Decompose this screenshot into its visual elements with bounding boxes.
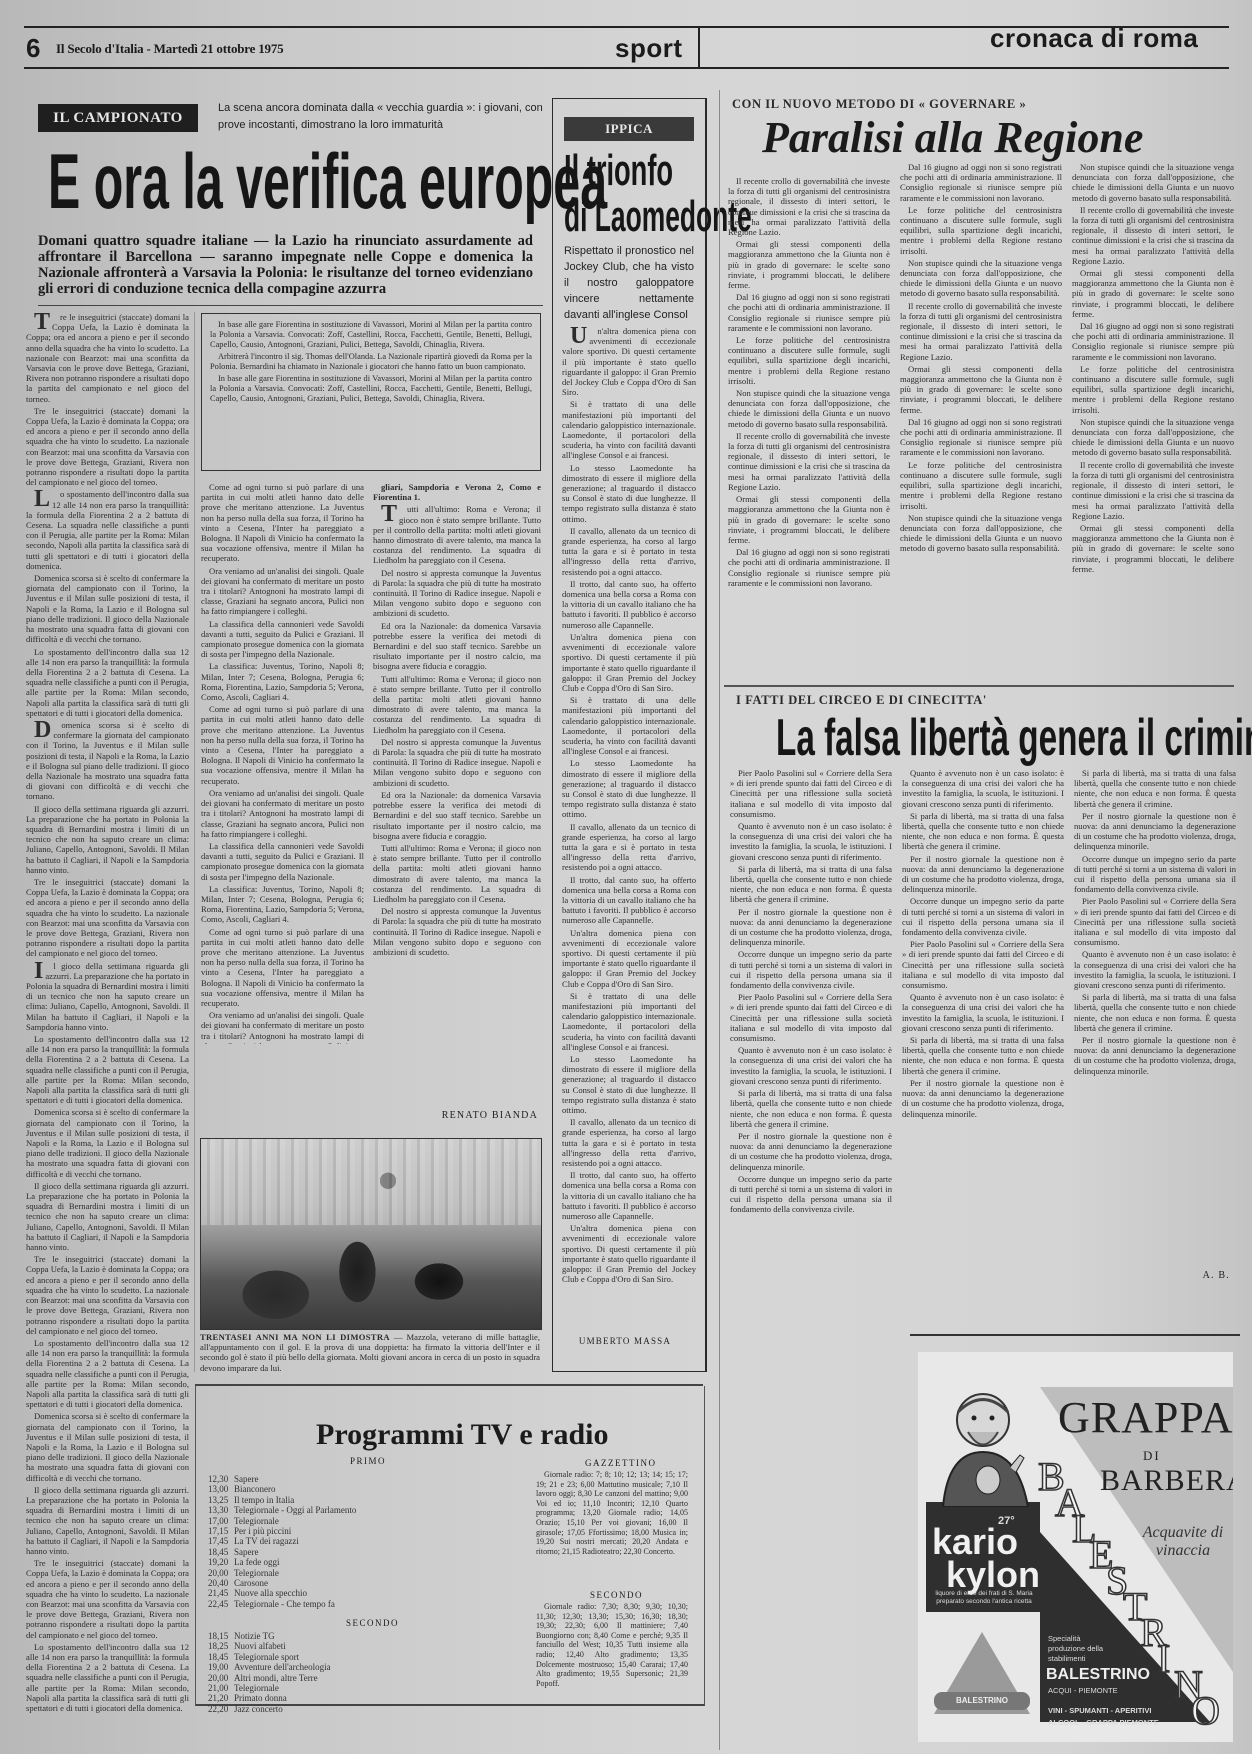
tv-program-title: Per i più piccini <box>234 1526 291 1536</box>
paragraph: Ora veniamo ad un'analisi dei singoli. Q… <box>201 566 364 617</box>
ad-footer-line-2: ALCOOL - GRAPPA PIEMONTE <box>1048 1718 1159 1728</box>
newspaper-page: 6 Il Secolo d'Italia - Martedì 21 ottobr… <box>0 0 1252 1754</box>
kicker-note: La scena ancora dominata dalla « vecchia… <box>218 100 548 134</box>
paragraph: Quanto è avvenuto non è un caso isolato:… <box>902 768 1064 809</box>
paragraph: Ormai gli stessi componenti della maggio… <box>1072 523 1234 574</box>
paragraph: Si parla di libertà, ma si tratta di una… <box>1074 768 1236 809</box>
paragraph: Ed ora la Nazionale: da domenica Varsavi… <box>373 621 541 672</box>
ad-brand-grappa: GRAPPA <box>1058 1392 1233 1443</box>
paragraph: Si parla di libertà, ma si tratta di una… <box>902 1035 1064 1076</box>
paragraph: Pier Paolo Pasolini sul « Corriere della… <box>730 992 892 1043</box>
paragraph: Non stupisce quindi che la situazione ve… <box>728 388 890 429</box>
paragraph: Si parla di libertà, ma si tratta di una… <box>902 811 1064 852</box>
tv-program-title: La fede oggi <box>234 1557 279 1567</box>
overline-circeo: I FATTI DEL CIRCEO E DI CINECITTA' <box>736 693 987 708</box>
tv-program-row: 13,00Bianconero <box>208 1484 438 1494</box>
paragraph: Si è trattato di una delle manifestazion… <box>562 991 696 1052</box>
radio-secondo: Giornale radio: 7,30; 8,30; 9,30; 10,30;… <box>536 1602 688 1698</box>
boxed-note: In base alle gare Fiorentina in sostituz… <box>201 313 541 471</box>
paragraph: Per il nostro giornale la questione non … <box>902 1078 1064 1119</box>
tv-program-time: 13,25 <box>208 1495 234 1505</box>
paragraph: Tre le inseguitrici (staccate) domani la… <box>26 877 189 959</box>
paragraph: Si è trattato di una delle manifestazion… <box>562 695 696 756</box>
kicker-campionato: IL CAMPIONATO <box>38 104 198 132</box>
article-column-3: gliari, Sampdoria e Verona 2, Como e Fio… <box>373 482 541 1025</box>
tv-program-row: 19,00Avventure dell'archeologia <box>208 1662 438 1672</box>
tv-primo-label: PRIMO <box>350 1456 386 1466</box>
tv-secondo-list: 18,15Notizie TG18,25Nuovi alfabeti18,45T… <box>208 1631 438 1714</box>
tv-program-title: Sapere <box>234 1474 259 1484</box>
tv-program-title: Jazz concerto <box>234 1704 283 1714</box>
paragraph: Dal 16 giugno ad oggi non si sono regist… <box>1072 321 1234 362</box>
headline-laomedonte: di Laomedonte <box>564 194 752 240</box>
paragraph: Per il nostro giornale la questione non … <box>1074 811 1236 852</box>
tv-program-time: 12,30 <box>208 1474 234 1484</box>
paragraph: Il gioco della settimana riguarda gli az… <box>26 804 189 875</box>
grappa-advertisement: GRAPPA DI BARBERA Acquavite di vinaccia … <box>918 1352 1233 1742</box>
byline-renato-bianda: RENATO BIANDA <box>373 1110 538 1121</box>
paragraph: gliari, Sampdoria e Verona 2, Como e Fio… <box>373 482 541 502</box>
paragraph: Lo stesso Laomedonte ha dimostrato di es… <box>562 758 696 819</box>
section-sport: sport <box>615 33 683 64</box>
headline-trionfo: Il trionfo <box>564 148 673 194</box>
tv-program-time: 13,00 <box>208 1484 234 1494</box>
paragraph: Tre le inseguitrici (staccate) domani la… <box>26 1254 189 1336</box>
tv-program-time: 19,00 <box>208 1662 234 1672</box>
paragraph: Ed ora la Nazionale: da domenica Varsavi… <box>373 790 541 841</box>
paragraph: Per il nostro giornale la questione non … <box>902 854 1064 895</box>
circeo-column-1: Pier Paolo Pasolini sul « Corriere della… <box>730 768 892 1338</box>
tv-program-time: 18,15 <box>208 1631 234 1641</box>
radio-secondo-label: SECONDO <box>590 1590 643 1600</box>
paragraph: Tre le inseguitrici (staccate) domani la… <box>26 406 189 488</box>
radio-gazzettino: Giornale radio: 7; 8; 10; 12; 13; 14; 15… <box>536 1470 688 1586</box>
paragraph: Quanto è avvenuto non è un caso isolato:… <box>1074 949 1236 990</box>
ad-vertical-letter: I <box>1157 1644 1170 1674</box>
column-rule <box>719 90 720 1750</box>
paragraph: Per il nostro giornale la questione non … <box>730 1131 892 1172</box>
paragraph: Il recente crollo di governabilità che i… <box>728 176 890 237</box>
paragraph: Ormai gli stessi componenti della maggio… <box>728 494 890 545</box>
tv-program-title: Telegiornale <box>234 1568 279 1578</box>
paragraph: Ora veniamo ad un'analisi dei singoli. Q… <box>201 1010 364 1044</box>
tv-program-time: 18,25 <box>208 1641 234 1651</box>
tv-program-row: 20,00Altri mondi, altre Terre <box>208 1673 438 1683</box>
paragraph: Dal 16 giugno ad oggi non si sono regist… <box>728 547 890 588</box>
paragraph: Quanto è avvenuto non è un caso isolato:… <box>730 1045 892 1086</box>
tv-program-time: 22,20 <box>208 1704 234 1714</box>
section-cronaca-di-roma: cronaca di roma <box>990 23 1198 54</box>
tv-program-title: Il tempo in Italia <box>234 1495 294 1505</box>
article-column-1: Tre le inseguitrici (staccate) domani la… <box>26 312 189 1752</box>
tv-program-time: 13,30 <box>208 1505 234 1515</box>
tv-program-title: Carosone <box>234 1578 268 1588</box>
paragraph: Il recente crollo di governabilità che i… <box>1072 205 1234 266</box>
paragraph: Tre le inseguitrici (staccate) domani la… <box>26 1558 189 1640</box>
tv-title: Programmi TV e radio <box>316 1418 608 1452</box>
column-rule <box>194 312 195 1372</box>
ippica-summary: Rispettato il pronostico nel Jockey Club… <box>564 243 694 323</box>
paragraph: Il recente crollo di governabilità che i… <box>728 431 890 492</box>
circeo-column-3: Si parla di libertà, ma si tratta di una… <box>1074 768 1236 1260</box>
paragraph: Si parla di libertà, ma si tratta di una… <box>730 1088 892 1129</box>
paragraph: Lo spostamento dell'incontro dalla sua 1… <box>26 1034 189 1105</box>
paragraph: Si parla di libertà, ma si tratta di una… <box>1074 992 1236 1033</box>
paragraph: Tutti all'ultimo: Roma e Verona; il gioc… <box>373 504 541 565</box>
paragraph: La classifica della cannonieri vede Savo… <box>201 619 364 660</box>
paragraph: Il gioco della settimana riguarda gli az… <box>26 1485 189 1556</box>
tv-program-row: 18,45Sapere <box>208 1547 438 1557</box>
regione-column-2: Dal 16 giugno ad oggi non si sono regist… <box>900 162 1062 671</box>
ad-top-rule <box>910 1334 1240 1336</box>
tv-secondo-label: SECONDO <box>346 1618 399 1628</box>
paragraph: Il trotto, dal canto suo, ha offerto dom… <box>562 579 696 630</box>
paragraph: Arbitrerà l'incontro il sig. Thomas dell… <box>210 352 532 372</box>
ad-text-line: Specialità <box>1048 1634 1103 1644</box>
paragraph: Le forze politiche del centrosinistra co… <box>900 460 1062 511</box>
paragraph: Lo stesso Laomedonte ha dimostrato di es… <box>562 463 696 524</box>
photo-stands <box>201 1139 541 1225</box>
paragraph: Un'altra domenica piena con avvenimenti … <box>562 326 696 397</box>
paragraph: Come ad ogni turno si può parlare di una… <box>201 482 364 564</box>
tv-program-time: 20,00 <box>208 1568 234 1578</box>
paragraph: Quanto è avvenuto non è un caso isolato:… <box>730 821 892 862</box>
paragraph: Un'altra domenica piena con avvenimenti … <box>562 1223 696 1284</box>
ad-badge-label: BALESTRINO <box>934 1692 1030 1710</box>
paragraph: Lo spostamento dell'incontro dalla sua 1… <box>26 1338 189 1409</box>
paragraph: Le forze politiche del centrosinistra co… <box>900 205 1062 256</box>
tv-program-title: Telegiornale <box>234 1516 279 1526</box>
tv-program-time: 21,20 <box>208 1693 234 1703</box>
radio-gazzettino-label: GAZZETTINO <box>585 1458 656 1468</box>
tv-program-row: 13,25Il tempo in Italia <box>208 1495 438 1505</box>
header-divider <box>698 28 700 68</box>
tv-program-title: Telegiornale sport <box>234 1652 299 1662</box>
paragraph: Ora veniamo ad un'analisi dei singoli. Q… <box>201 788 364 839</box>
ad-text-line: produzione della <box>1048 1644 1103 1654</box>
paragraph: Del nostro si appresta comunque la Juven… <box>373 906 541 957</box>
paragraph: Il recente crollo di governabilità che i… <box>1072 460 1234 521</box>
paragraph: Del nostro si appresta comunque la Juven… <box>373 737 541 788</box>
tv-program-row: 21,45Nuove alla specchio <box>208 1588 438 1598</box>
tv-program-time: 17,45 <box>208 1536 234 1546</box>
paragraph: Dal 16 giugno ad oggi non si sono regist… <box>900 417 1062 458</box>
tv-program-row: 21,20Primato donna <box>208 1693 438 1703</box>
tv-program-row: 20,40Carosone <box>208 1578 438 1588</box>
regione-column-1: Il recente crollo di governabilità che i… <box>728 176 890 671</box>
paragraph: Ormai gli stessi componenti della maggio… <box>900 364 1062 415</box>
ad-distiller-name: BALESTRINO <box>1046 1666 1150 1684</box>
headline-paralisi-regione: Paralisi alla Regione <box>762 112 1143 163</box>
section-divider <box>724 685 1234 687</box>
paragraph: Tre le inseguitrici (staccate) domani la… <box>26 312 189 404</box>
tv-program-row: 18,25Nuovi alfabeti <box>208 1641 438 1651</box>
paragraph: Pier Paolo Pasolini sul « Corriere della… <box>1074 896 1236 947</box>
headline-verifica-europea: E ora la verifica europea <box>48 142 607 220</box>
ad-vertical-balestrino: BALESTRINO <box>1038 1462 1233 1742</box>
paragraph: Occorre dunque un impegno serio da parte… <box>1074 854 1236 895</box>
tv-program-title: Altri mondi, altre Terre <box>234 1673 318 1683</box>
photo-football-match <box>200 1138 542 1330</box>
paragraph: Non stupisce quindi che la situazione ve… <box>900 258 1062 299</box>
paragraph: Si è trattato di una delle manifestazion… <box>562 399 696 460</box>
paragraph: Non stupisce quindi che la situazione ve… <box>900 513 1062 554</box>
tv-program-row: 22,20Jazz concerto <box>208 1704 438 1714</box>
tv-program-row: 21,00Telegiornale <box>208 1683 438 1693</box>
tv-program-row: 17,45La TV dei ragazzi <box>208 1536 438 1546</box>
paragraph: Non stupisce quindi che la situazione ve… <box>1072 417 1234 458</box>
tv-program-row: 18,45Telegiornale sport <box>208 1652 438 1662</box>
paragraph: Le forze politiche del centrosinistra co… <box>728 335 890 386</box>
paragraph: Lo spostamento dell'incontro dalla sua 1… <box>26 489 189 571</box>
paragraph: La classifica della cannonieri vede Savo… <box>201 841 364 882</box>
tv-program-title: Telegiornale <box>234 1683 279 1693</box>
tv-program-title: Sapere <box>234 1547 259 1557</box>
tv-program-title: Nuovi alfabeti <box>234 1641 286 1651</box>
paragraph: In base alle gare Fiorentina in sostituz… <box>210 374 532 404</box>
tv-program-row: 20,00Telegiornale <box>208 1568 438 1578</box>
overline-regione: CON IL NUOVO METODO DI « GOVERNARE » <box>732 97 1026 112</box>
tv-program-title: La TV dei ragazzi <box>234 1536 299 1546</box>
tv-program-title: Bianconero <box>234 1484 275 1494</box>
paragraph: Domenica scorsa si è scelto di confermar… <box>26 1107 189 1178</box>
tv-program-row: 12,30Sapere <box>208 1474 438 1484</box>
paragraph: Non stupisce quindi che la situazione ve… <box>1072 162 1234 203</box>
tv-program-time: 21,45 <box>208 1588 234 1598</box>
tv-program-title: Notizie TG <box>234 1631 275 1641</box>
paragraph: Del nostro si appresta comunque la Juven… <box>373 568 541 619</box>
paragraph: Lo stesso Laomedonte ha dimostrato di es… <box>562 1054 696 1115</box>
paragraph: Il trotto, dal canto suo, ha offerto dom… <box>562 1170 696 1221</box>
paragraph: La classifica: Juventus, Torino, Napoli … <box>201 884 364 925</box>
header-bottom-rule <box>24 67 1229 69</box>
paragraph: Dal 16 giugno ad oggi non si sono regist… <box>728 292 890 333</box>
paragraph: Il trotto, dal canto suo, ha offerto dom… <box>562 875 696 926</box>
paragraph: Come ad ogni turno si può parlare di una… <box>201 927 364 1009</box>
tv-program-time: 20,00 <box>208 1673 234 1683</box>
tv-program-time: 21,00 <box>208 1683 234 1693</box>
regione-column-3: Non stupisce quindi che la situazione ve… <box>1072 162 1234 671</box>
paragraph: Tutti all'ultimo: Roma e Verona; il gioc… <box>373 674 541 735</box>
paragraph: Pier Paolo Pasolini sul « Corriere della… <box>730 768 892 819</box>
tv-program-time: 20,40 <box>208 1578 234 1588</box>
tv-program-row: 17,15Per i più piccini <box>208 1526 438 1536</box>
paragraph: Domenica scorsa si è scelto di confermar… <box>26 720 189 802</box>
paragraph: Per il nostro giornale la questione non … <box>1074 1035 1236 1076</box>
paragraph: Un'altra domenica piena con avvenimenti … <box>562 928 696 989</box>
paragraph: Il cavallo, allenato da un tecnico di gr… <box>562 1117 696 1168</box>
paragraph: Il gioco della settimana riguarda gli az… <box>26 1181 189 1252</box>
ad-text-line: stabilimenti <box>1048 1654 1103 1664</box>
tv-program-title: Primato donna <box>234 1693 287 1703</box>
monk-illustration-icon <box>928 1382 1038 1507</box>
tv-program-row: 19,20La fede oggi <box>208 1557 438 1567</box>
tv-program-title: Avventure dell'archeologia <box>234 1662 331 1672</box>
tv-program-time: 18,45 <box>208 1652 234 1662</box>
tv-program-time: 17,00 <box>208 1516 234 1526</box>
paragraph: Pier Paolo Pasolini sul « Corriere della… <box>902 939 1064 990</box>
ad-vertical-letter: O <box>1191 1696 1220 1726</box>
paragraph: Per il nostro giornale la questione non … <box>730 907 892 948</box>
paragraph: Lo spostamento dell'incontro dalla sua 1… <box>26 1642 189 1713</box>
tv-program-title: Telegiornale - Oggi al Parlamento <box>234 1505 356 1515</box>
tv-program-row: 18,15Notizie TG <box>208 1631 438 1641</box>
kicker-ippica: IPPICA <box>564 117 694 141</box>
paragraph: Come ad ogni turno si può parlare di una… <box>201 704 364 786</box>
photo-caption: TRENTASEI ANNI MA NON LI DIMOSTRA — Mazz… <box>200 1332 540 1373</box>
headline-falsa-liberta: La falsa libertà genera il crimine <box>776 712 1252 764</box>
paragraph: Ormai gli stessi componenti della maggio… <box>1072 268 1234 319</box>
paragraph: Il gioco della settimana riguarda gli az… <box>26 961 189 1032</box>
tv-program-row: 22,45Telegiornale - Che tempo fa <box>208 1599 438 1609</box>
ad-kylon: kylon <box>946 1557 1040 1593</box>
paragraph: Giornale radio: 7,30; 8,30; 9,30; 10,30;… <box>536 1602 688 1688</box>
caption-lead: TRENTASEI ANNI MA NON LI DIMOSTRA <box>200 1332 390 1342</box>
paragraph: Il recente crollo di governabilità che i… <box>900 301 1062 362</box>
tv-program-time: 18,45 <box>208 1547 234 1557</box>
paragraph: Si parla di libertà, ma si tratta di una… <box>730 864 892 905</box>
paragraph: Il cavallo, allenato da un tecnico di gr… <box>562 822 696 873</box>
paragraph: Dal 16 giugno ad oggi non si sono regist… <box>900 162 1062 203</box>
tv-program-row: 13,30Telegiornale - Oggi al Parlamento <box>208 1505 438 1515</box>
tv-program-time: 17,15 <box>208 1526 234 1536</box>
paragraph: Domenica scorsa si è scelto di confermar… <box>26 1411 189 1482</box>
tv-program-row: 17,00Telegiornale <box>208 1516 438 1526</box>
paragraph: Il cavallo, allenato da un tecnico di gr… <box>562 526 696 577</box>
tv-program-title: Telegiornale - Che tempo fa <box>234 1599 335 1609</box>
paragraph: Domenica scorsa si è scelto di confermar… <box>26 573 189 644</box>
paragraph: Occorre dunque un impegno serio da parte… <box>730 1174 892 1215</box>
tv-program-time: 22,45 <box>208 1599 234 1609</box>
ad-distiller-lines: Specialità produzione della stabilimenti <box>1048 1634 1103 1664</box>
paragraph: Ormai gli stessi componenti della maggio… <box>728 239 890 290</box>
paragraph: Giornale radio: 7; 8; 10; 12; 13; 14; 15… <box>536 1470 688 1556</box>
paragraph: Tutti all'ultimo: Roma e Verona; il gioc… <box>373 843 541 904</box>
tv-program-time: 19,20 <box>208 1557 234 1567</box>
ippica-body: Un'altra domenica piena con avvenimenti … <box>562 326 696 1304</box>
masthead: Il Secolo d'Italia - Martedì 21 ottobre … <box>56 41 283 57</box>
signature-circeo: A. B. <box>1140 1270 1230 1281</box>
paragraph: Lo spostamento dell'incontro dalla sua 1… <box>26 647 189 718</box>
ad-kario-note: liquore di erbe dei frati di S. Maria pr… <box>932 1590 1036 1606</box>
paragraph: Occorre dunque un impegno serio da parte… <box>902 896 1064 937</box>
tv-program-title: Nuove alla specchio <box>234 1588 307 1598</box>
tv-primo-list: 12,30Sapere13,00Bianconero13,25Il tempo … <box>208 1474 438 1609</box>
page-number: 6 <box>26 33 40 64</box>
paragraph: Occorre dunque un impegno serio da parte… <box>730 949 892 990</box>
paragraph: Quanto è avvenuto non è un caso isolato:… <box>902 992 1064 1033</box>
ad-distiller-place: ACQUI - PIEMONTE <box>1048 1686 1118 1696</box>
paragraph: La classifica: Juventus, Torino, Napoli … <box>201 661 364 702</box>
paragraph: Le forze politiche del centrosinistra co… <box>1072 364 1234 415</box>
summary-campionato: Domani quattro squadre italiane — la Laz… <box>38 233 533 297</box>
byline-umberto-massa: UMBERTO MASSA <box>562 1336 688 1346</box>
ad-footer-line-1: VINI - SPUMANTI - APERITIVI <box>1048 1706 1151 1716</box>
article-column-2: Come ad ogni turno si può parlare di una… <box>201 482 364 1044</box>
paragraph: Un'altra domenica piena con avvenimenti … <box>562 632 696 693</box>
divider <box>38 305 543 306</box>
paragraph: In base alle gare Fiorentina in sostituz… <box>210 320 532 350</box>
